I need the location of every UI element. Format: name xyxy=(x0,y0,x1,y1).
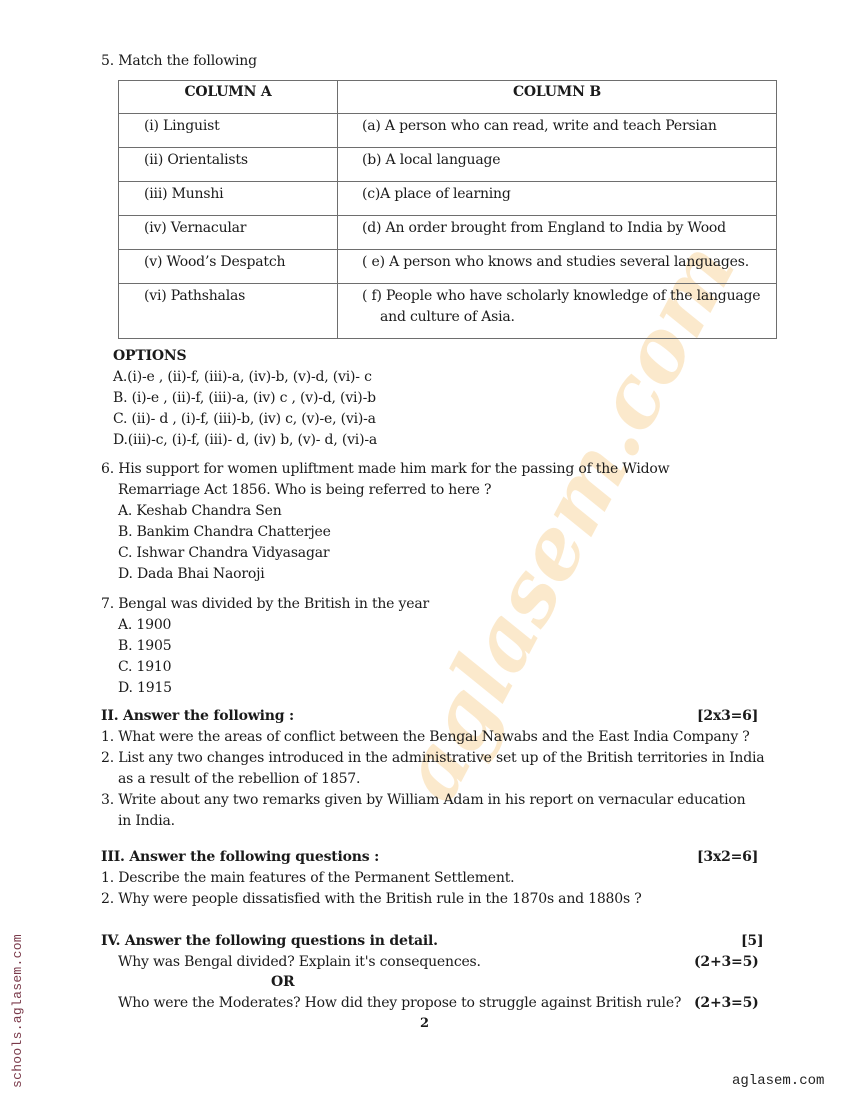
column-a-cell: (i) Linguist xyxy=(119,114,338,148)
column-a-cell: (iv) Vernacular xyxy=(119,216,338,250)
table-header-row: COLUMN A COLUMN B xyxy=(119,81,777,114)
options-heading: OPTIONS xyxy=(113,346,186,367)
column-a-cell: (iii) Munshi xyxy=(119,182,338,216)
column-b-cell: (d) An order brought from England to Ind… xyxy=(338,216,777,250)
question-6-line-1: 6. His support for women upliftment made… xyxy=(101,459,669,480)
column-b-cell: ( e) A person who knows and studies seve… xyxy=(338,250,777,284)
section-4-or: OR xyxy=(271,972,294,993)
section-3-heading: III. Answer the following questions : xyxy=(101,847,379,868)
section-4-heading: IV. Answer the following questions in de… xyxy=(101,931,438,952)
section-2-heading: II. Answer the following : xyxy=(101,706,294,727)
question-7-line-1: 7. Bengal was divided by the British in … xyxy=(101,594,429,615)
section-3-question-1: 1. Describe the main features of the Per… xyxy=(101,868,514,889)
column-b-header: COLUMN B xyxy=(338,81,777,114)
section-3-marks: [3x2=6] xyxy=(697,847,758,868)
question-5-title: 5. Match the following xyxy=(101,51,257,72)
section-2-question-3-line-2: in India. xyxy=(118,811,175,832)
section-4-question-2: Who were the Moderates? How did they pro… xyxy=(118,993,681,1014)
side-url-watermark: schools.aglasem.com xyxy=(10,934,25,1088)
exam-page: aglasem.com 5. Match the following COLUM… xyxy=(0,0,850,1100)
column-a-cell: (vi) Pathshalas xyxy=(119,284,338,339)
page-number: 2 xyxy=(420,1016,429,1031)
column-b-cell: (c)A place of learning xyxy=(338,182,777,216)
section-2-question-2-line-1: 2. List any two changes introduced in th… xyxy=(101,748,764,769)
option-d: D.(iii)-c, (i)-f, (iii)- d, (iv) b, (v)-… xyxy=(113,430,377,451)
option-a: A.(i)-e , (ii)-f, (iii)-a, (iv)-b, (v)-d… xyxy=(113,367,372,388)
column-b-cell-text: ( f) People who have scholarly knowledge… xyxy=(362,286,776,328)
question-6-option-d: D. Dada Bhai Naoroji xyxy=(118,564,265,585)
section-4-question-2-marks: (2+3=5) xyxy=(694,993,759,1014)
section-2-question-2-line-2: as a result of the rebellion of 1857. xyxy=(118,769,360,790)
section-2-marks: [2x3=6] xyxy=(697,706,758,727)
section-3-question-2: 2. Why were people dissatisfied with the… xyxy=(101,889,642,910)
option-c: C. (ii)- d , (i)-f, (iii)-b, (iv) c, (v)… xyxy=(113,409,376,430)
table-row: (i) Linguist (a) A person who can read, … xyxy=(119,114,777,148)
column-a-cell: (v) Wood’s Despatch xyxy=(119,250,338,284)
column-a-cell: (ii) Orientalists xyxy=(119,148,338,182)
option-b: B. (i)-e , (ii)-f, (iii)-a, (iv) c , (v)… xyxy=(113,388,376,409)
table-row: (iii) Munshi (c)A place of learning xyxy=(119,182,777,216)
column-b-cell: (b) A local language xyxy=(338,148,777,182)
question-6-option-c: C. Ishwar Chandra Vidyasagar xyxy=(118,543,329,564)
table-row: (vi) Pathshalas ( f) People who have sch… xyxy=(119,284,777,339)
section-2-question-1: 1. What were the areas of conflict betwe… xyxy=(101,727,750,748)
question-7-option-c: C. 1910 xyxy=(118,657,171,678)
section-4-question-1-marks: (2+3=5) xyxy=(694,952,759,973)
match-table: COLUMN A COLUMN B (i) Linguist (a) A per… xyxy=(118,80,777,339)
question-7-option-a: A. 1900 xyxy=(118,615,171,636)
column-b-cell: (a) A person who can read, write and tea… xyxy=(338,114,777,148)
footer-url: aglasem.com xyxy=(732,1073,824,1089)
question-7-option-b: B. 1905 xyxy=(118,636,171,657)
question-6-line-2: Remarriage Act 1856. Who is being referr… xyxy=(118,480,491,501)
column-b-cell: ( f) People who have scholarly knowledge… xyxy=(338,284,777,339)
table-row: (v) Wood’s Despatch ( e) A person who kn… xyxy=(119,250,777,284)
table-row: (ii) Orientalists (b) A local language xyxy=(119,148,777,182)
table-row: (iv) Vernacular (d) An order brought fro… xyxy=(119,216,777,250)
question-6-option-b: B. Bankim Chandra Chatterjee xyxy=(118,522,331,543)
section-2-question-3-line-1: 3. Write about any two remarks given by … xyxy=(101,790,745,811)
question-6-option-a: A. Keshab Chandra Sen xyxy=(118,501,282,522)
column-a-header: COLUMN A xyxy=(119,81,338,114)
section-4-question-1: Why was Bengal divided? Explain it's con… xyxy=(118,952,481,973)
question-7-option-d: D. 1915 xyxy=(118,678,172,699)
section-4-marks: [5] xyxy=(741,931,763,952)
